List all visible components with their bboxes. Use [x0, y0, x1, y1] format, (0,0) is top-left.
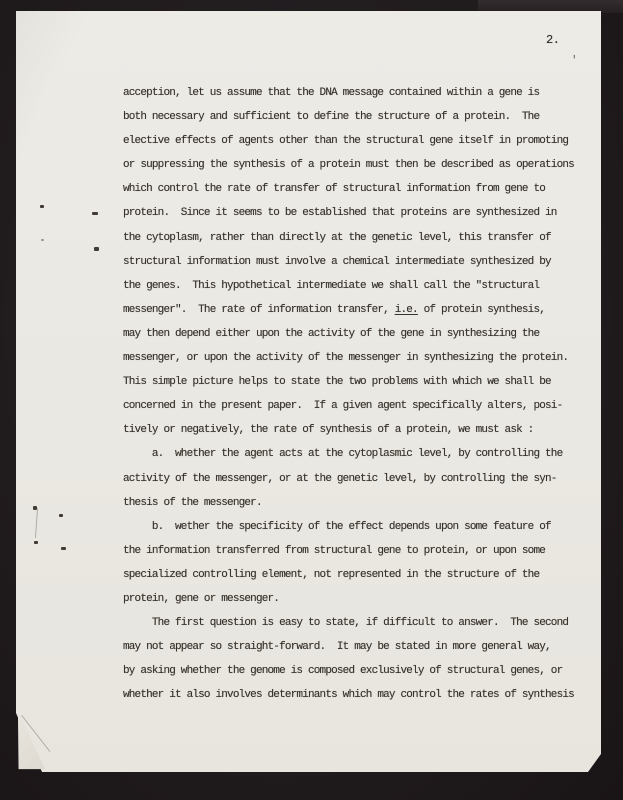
text-segment: b. wether the specificity of the effect …	[123, 521, 551, 533]
ink-speck	[40, 205, 44, 208]
text-line: activity of the messenger, or at the gen…	[123, 467, 593, 491]
ink-speck	[94, 247, 99, 251]
page-number: 2.	[546, 33, 559, 47]
text-segment: the information transferred from structu…	[123, 545, 545, 557]
text-segment: or suppressing the synthesis of a protei…	[123, 159, 574, 171]
text-line: messenger, or upon the activity of the m…	[123, 346, 593, 370]
text-segment: the cytoplasm, rather than directly at t…	[123, 232, 551, 244]
text-line: acception, let us assume that the DNA me…	[123, 81, 593, 105]
text-segment: messenger, or upon the activity of the m…	[123, 352, 568, 364]
text-line: This simple picture helps to state the t…	[123, 370, 593, 394]
ink-speck	[92, 212, 98, 215]
text-line: the information transferred from structu…	[123, 539, 593, 563]
text-line: may then depend either upon the activity…	[123, 322, 593, 346]
document-page: 2. ' acception, let us assume that the D…	[16, 11, 601, 772]
text-segment: the genes. This hypothetical intermediat…	[123, 280, 539, 292]
ink-speck	[41, 239, 44, 241]
text-segment: both necessary and sufficient to define …	[123, 111, 539, 123]
text-segment: This simple picture helps to state the t…	[123, 376, 551, 388]
text-segment: The first question is easy to state, if …	[123, 617, 568, 629]
text-segment: messenger". The rate of information tran…	[123, 304, 395, 316]
text-line: the genes. This hypothetical intermediat…	[123, 274, 593, 298]
ink-speck	[59, 514, 63, 517]
text-segment: specialized controlling element, not rep…	[123, 569, 539, 581]
text-segment: thesis of the messenger.	[123, 497, 262, 509]
text-segment: may not appear so straight-forward. It m…	[123, 641, 551, 653]
pencil-squiggle	[35, 508, 38, 538]
text-line: which control the rate of transfer of st…	[123, 177, 593, 201]
text-segment: protein, gene or messenger.	[123, 593, 279, 605]
stray-ink-mark: '	[571, 55, 578, 67]
text-segment: of protein synthesis,	[418, 304, 545, 316]
text-line: a. whether the agent acts at the cytopla…	[123, 442, 593, 466]
text-line: protein. Since it seems to be establishe…	[123, 201, 593, 225]
text-line: messenger". The rate of information tran…	[123, 298, 593, 322]
text-line: specialized controlling element, not rep…	[123, 563, 593, 587]
text-line: may not appear so straight-forward. It m…	[123, 635, 593, 659]
text-line: by asking whether the genome is composed…	[123, 659, 593, 683]
text-line: tively or negatively, the rate of synthe…	[123, 418, 593, 442]
text-line: both necessary and sufficient to define …	[123, 105, 593, 129]
text-line: the cytoplasm, rather than directly at t…	[123, 226, 593, 250]
text-segment: acception, let us assume that the DNA me…	[123, 87, 539, 99]
text-segment: a. whether the agent acts at the cytopla…	[123, 448, 562, 460]
text-line: thesis of the messenger.	[123, 491, 593, 515]
text-segment: which control the rate of transfer of st…	[123, 183, 545, 195]
text-segment: may then depend either upon the activity…	[123, 328, 539, 340]
text-line: The first question is easy to state, if …	[123, 611, 593, 635]
text-line: or suppressing the synthesis of a protei…	[123, 153, 593, 177]
photo-background: 2. ' acception, let us assume that the D…	[0, 0, 623, 800]
text-segment: whether it also involves determinants wh…	[123, 689, 574, 701]
underlined-text: i.e.	[395, 304, 418, 316]
text-segment: tively or negatively, the rate of synthe…	[123, 424, 533, 436]
ink-speck	[61, 547, 66, 550]
text-line: b. wether the specificity of the effect …	[123, 515, 593, 539]
text-line: structural information must involve a ch…	[123, 250, 593, 274]
text-segment: by asking whether the genome is composed…	[123, 665, 562, 677]
text-segment: structural information must involve a ch…	[123, 256, 551, 268]
document-lines: acception, let us assume that the DNA me…	[123, 81, 593, 707]
text-line: elective effects of agents other than th…	[123, 129, 593, 153]
ink-speck	[34, 541, 38, 544]
text-segment: elective effects of agents other than th…	[123, 135, 568, 147]
text-line: whether it also involves determinants wh…	[123, 683, 593, 707]
text-segment: activity of the messenger, or at the gen…	[123, 473, 557, 485]
text-segment: protein. Since it seems to be establishe…	[123, 207, 557, 219]
text-line: concerned in the present paper. If a giv…	[123, 394, 593, 418]
text-segment: concerned in the present paper. If a giv…	[123, 400, 562, 412]
text-line: protein, gene or messenger.	[123, 587, 593, 611]
